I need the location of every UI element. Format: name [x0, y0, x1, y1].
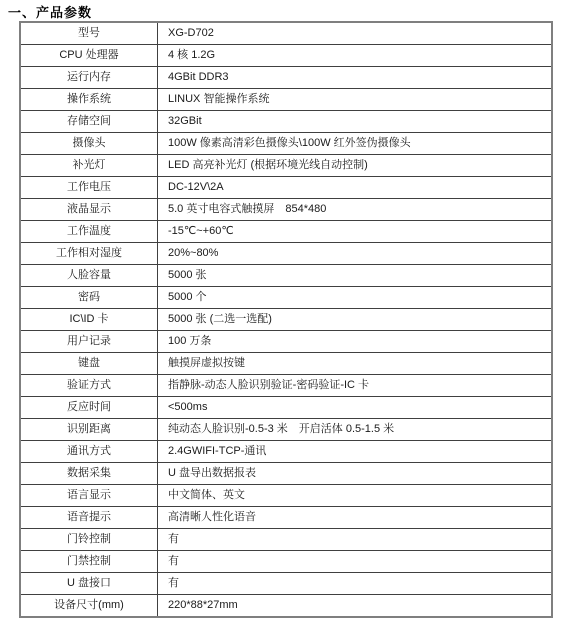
spec-value-cell: <500ms: [158, 397, 553, 419]
spec-value-cell: 20%~80%: [158, 243, 553, 265]
table-row: 通讯方式 2.4GWIFI-TCP-通讯: [20, 441, 552, 463]
spec-value-cell: 100 万条: [158, 331, 553, 353]
spec-value-cell: 5000 张 (二选一选配): [158, 309, 553, 331]
table-row: U 盘接口 有: [20, 573, 552, 595]
spec-value-cell: 有: [158, 551, 553, 573]
spec-value-cell: U 盘导出数据报表: [158, 463, 553, 485]
table-row: 反应时间 <500ms: [20, 397, 552, 419]
product-spec-table: 型号 XG-D702 CPU 处理器 4 核 1.2G 运行内存 4GBit D…: [19, 21, 553, 618]
spec-value-cell: 4GBit DDR3: [158, 67, 553, 89]
table-row: 存储空间 32GBit: [20, 111, 552, 133]
table-row: 密码 5000 个: [20, 287, 552, 309]
spec-value-cell: XG-D702: [158, 22, 553, 45]
spec-table-body: 型号 XG-D702 CPU 处理器 4 核 1.2G 运行内存 4GBit D…: [20, 22, 552, 617]
spec-value-cell: 中文简体、英文: [158, 485, 553, 507]
table-row: 语言显示 中文简体、英文: [20, 485, 552, 507]
spec-label-cell: 人脸容量: [20, 265, 158, 287]
table-row: IC\ID 卡 5000 张 (二选一选配): [20, 309, 552, 331]
spec-value-cell: 2.4GWIFI-TCP-通讯: [158, 441, 553, 463]
table-row: 门铃控制 有: [20, 529, 552, 551]
table-row: 摄像头 100W 像素高清彩色摄像头\100W 红外签伪摄像头: [20, 133, 552, 155]
spec-label-cell: 数据采集: [20, 463, 158, 485]
table-row: 型号 XG-D702: [20, 22, 552, 45]
spec-value-cell: 纯动态人脸识别-0.5-3 米 开启活体 0.5-1.5 米: [158, 419, 553, 441]
spec-label-cell: 语音提示: [20, 507, 158, 529]
table-row: 工作温度 -15℃~+60℃: [20, 221, 552, 243]
table-row: 用户记录 100 万条: [20, 331, 552, 353]
spec-value-cell: 5.0 英寸电容式触摸屏 854*480: [158, 199, 553, 221]
spec-value-cell: 5000 张: [158, 265, 553, 287]
document-page: 一、产品参数 型号 XG-D702 CPU 处理器 4 核 1.2G 运行内存 …: [0, 0, 570, 627]
spec-value-cell: 触摸屏虚拟按键: [158, 353, 553, 375]
table-row: 键盘 触摸屏虚拟按键: [20, 353, 552, 375]
spec-label-cell: 操作系统: [20, 89, 158, 111]
table-row: 门禁控制 有: [20, 551, 552, 573]
spec-label-cell: CPU 处理器: [20, 45, 158, 67]
table-row: 补光灯 LED 高亮补光灯 (根据环境光线自动控制): [20, 155, 552, 177]
table-row: 识别距离 纯动态人脸识别-0.5-3 米 开启活体 0.5-1.5 米: [20, 419, 552, 441]
spec-label-cell: 型号: [20, 22, 158, 45]
table-row: 人脸容量 5000 张: [20, 265, 552, 287]
spec-label-cell: 语言显示: [20, 485, 158, 507]
spec-value-cell: 32GBit: [158, 111, 553, 133]
spec-label-cell: 验证方式: [20, 375, 158, 397]
spec-label-cell: 识别距离: [20, 419, 158, 441]
spec-value-cell: 220*88*27mm: [158, 595, 553, 618]
spec-label-cell: IC\ID 卡: [20, 309, 158, 331]
table-row: 液晶显示 5.0 英寸电容式触摸屏 854*480: [20, 199, 552, 221]
spec-value-cell: 指静脉-动态人脸识别验证-密码验证-IC 卡: [158, 375, 553, 397]
spec-value-cell: 高清晰人性化语音: [158, 507, 553, 529]
spec-label-cell: 用户记录: [20, 331, 158, 353]
spec-label-cell: 存储空间: [20, 111, 158, 133]
spec-label-cell: 补光灯: [20, 155, 158, 177]
spec-label-cell: 液晶显示: [20, 199, 158, 221]
spec-label-cell: 门禁控制: [20, 551, 158, 573]
spec-value-cell: 有: [158, 573, 553, 595]
spec-label-cell: 通讯方式: [20, 441, 158, 463]
table-row: 数据采集 U 盘导出数据报表: [20, 463, 552, 485]
table-row: 工作电压 DC-12V\2A: [20, 177, 552, 199]
table-row: CPU 处理器 4 核 1.2G: [20, 45, 552, 67]
spec-label-cell: 工作相对湿度: [20, 243, 158, 265]
spec-label-cell: 工作电压: [20, 177, 158, 199]
spec-label-cell: U 盘接口: [20, 573, 158, 595]
table-row: 语音提示 高清晰人性化语音: [20, 507, 552, 529]
spec-label-cell: 反应时间: [20, 397, 158, 419]
spec-label-cell: 键盘: [20, 353, 158, 375]
spec-label-cell: 运行内存: [20, 67, 158, 89]
table-row: 验证方式 指静脉-动态人脸识别验证-密码验证-IC 卡: [20, 375, 552, 397]
table-row: 工作相对湿度 20%~80%: [20, 243, 552, 265]
table-row: 运行内存 4GBit DDR3: [20, 67, 552, 89]
table-row: 操作系统 LINUX 智能操作系统: [20, 89, 552, 111]
spec-value-cell: LINUX 智能操作系统: [158, 89, 553, 111]
spec-value-cell: 4 核 1.2G: [158, 45, 553, 67]
spec-value-cell: -15℃~+60℃: [158, 221, 553, 243]
spec-label-cell: 摄像头: [20, 133, 158, 155]
page-title: 一、产品参数: [8, 2, 92, 21]
spec-label-cell: 门铃控制: [20, 529, 158, 551]
table-row: 设备尺寸(mm) 220*88*27mm: [20, 595, 552, 618]
spec-label-cell: 工作温度: [20, 221, 158, 243]
spec-value-cell: 有: [158, 529, 553, 551]
spec-value-cell: 100W 像素高清彩色摄像头\100W 红外签伪摄像头: [158, 133, 553, 155]
spec-value-cell: DC-12V\2A: [158, 177, 553, 199]
spec-value-cell: LED 高亮补光灯 (根据环境光线自动控制): [158, 155, 553, 177]
spec-value-cell: 5000 个: [158, 287, 553, 309]
spec-label-cell: 密码: [20, 287, 158, 309]
spec-label-cell: 设备尺寸(mm): [20, 595, 158, 618]
